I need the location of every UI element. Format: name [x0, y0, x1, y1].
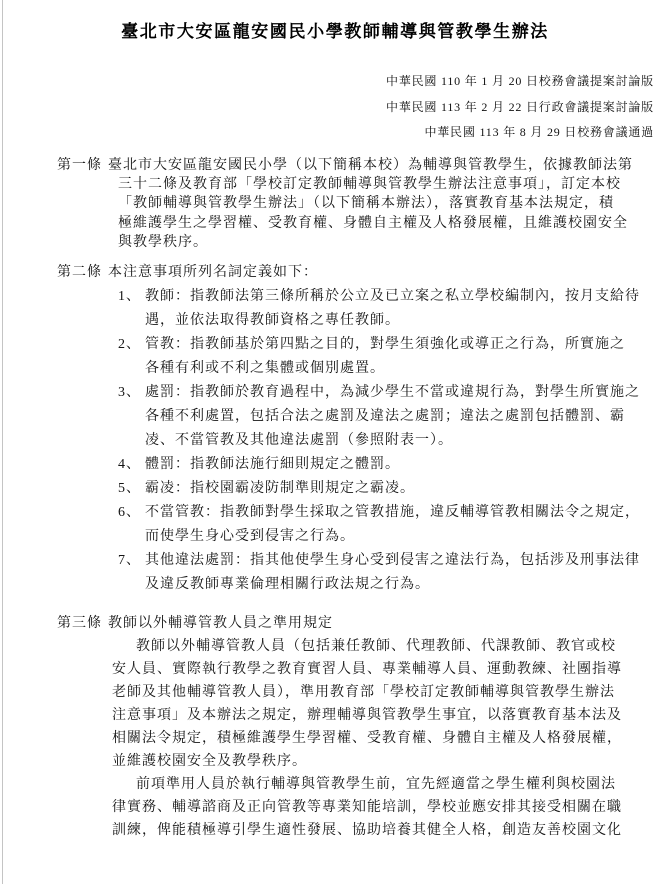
- list-item-number: 7、: [118, 549, 145, 573]
- list-item-line: 6、不當管教：指教師對學生採取之管教措施，違反輔導管教相關法令之規定，: [57, 501, 659, 525]
- article-2: 第二條本注意事項所列名詞定義如下： 1、教師：指教師法第三條所稱於公立及已立案之…: [57, 261, 659, 597]
- list-item-text: 霸凌：指校園霸凌防制準則規定之霸凌。: [145, 481, 415, 496]
- revision-line: 中華民國 113 年 2 月 22 日行政會議提案討論版: [386, 95, 654, 121]
- list-item-line: 5、霸凌：指校園霸凌防制準則規定之霸凌。: [57, 477, 659, 501]
- article-heading-line: 第二條本注意事項所列名詞定義如下：: [57, 261, 659, 285]
- list-item-line: 7、其他違法處罰：指其他使學生身心受到侵害之違法行為，包括涉及刑事法律: [57, 549, 659, 573]
- article-first-line: 第一條臺北市大安區龍安國民小學（以下簡稱本校）為輔導與管教學生，依據教師法第: [57, 156, 659, 175]
- article-label: 第三條: [57, 612, 102, 635]
- list-item-line: 1、教師：指教師法第三條所稱於公立及已立案之私立學校編制內，按月支給待: [57, 285, 659, 309]
- paragraph-text-line: 律實務、輔導諮商及正向管教等專業知能培訓，學校並應安排其接受相關在職: [57, 796, 659, 819]
- article-label: 第一條: [57, 156, 102, 175]
- list-item-number: 3、: [118, 381, 145, 405]
- paragraph-first-line: 教師以外輔導管教人員（包括兼任教師、代理教師、代課教師、教官或校: [57, 635, 659, 658]
- list-item-text-line: 而使學生身心受到侵害之行為。: [57, 525, 659, 549]
- revision-line: 中華民國 110 年 1 月 20 日校務會議提案討論版: [386, 69, 654, 95]
- article-heading-line: 第三條教師以外輔導管教人員之準用規定: [57, 612, 659, 635]
- article-text: 臺北市大安區龍安國民小學（以下簡稱本校）為輔導與管教學生，依據教師法第: [108, 158, 633, 173]
- list-item-line: 3、處罰：指教師於教育過程中，為減少學生不當或違規行為，對學生所實施之: [57, 381, 659, 405]
- list-item-number: 1、: [118, 285, 145, 309]
- paragraph-text-line: 訓練，俾能積極導引學生適性發展、協助培養其健全人格，創造友善校園文化: [57, 819, 659, 842]
- article-text-line: 「教師輔導與管教學生辦法」（以下簡稱本辦法），落實教育基本法規定，積: [57, 194, 659, 213]
- list-item-text-line: 各種不利處置，包括合法之處罰及違法之處罰；違法之處罰包括體罰、霸: [57, 405, 659, 429]
- article-heading: 本注意事項所列名詞定義如下：: [108, 265, 318, 280]
- list-item-line: 2、管教：指教師基於第四點之目的，對學生須強化或導正之行為，所實施之: [57, 333, 659, 357]
- list-item-number: 5、: [118, 477, 145, 501]
- paragraph-text-line: 並維護校園安全及教學秩序。: [57, 750, 659, 773]
- paragraph-first-line: 前項準用人員於執行輔導與管教學生前，宜先經適當之學生權利與校園法: [57, 773, 659, 796]
- list-item-text: 其他違法處罰：指其他使學生身心受到侵害之違法行為，包括涉及刑事法律: [145, 553, 640, 568]
- list-item-text: 體罰：指教師法施行細則規定之體罰。: [145, 457, 400, 472]
- list-item-text: 教師：指教師法第三條所稱於公立及已立案之私立學校編制內，按月支給待: [145, 289, 640, 304]
- article-text-line: 極維護學生之學習權、受教育權、身體自主權及人格發展權，且維護校園安全: [57, 214, 659, 233]
- article-label: 第二條: [57, 261, 102, 285]
- list-item-text-line: 遇，並依法取得教師資格之專任教師。: [57, 309, 659, 333]
- paragraph-text-line: 老師及其他輔導管教人員），準用教育部「學校訂定教師輔導與管教學生辦法: [57, 681, 659, 704]
- list-item-text-line: 各種有利或不利之集體或個別處置。: [57, 357, 659, 381]
- revision-line: 中華民國 113 年 8 月 29 日校務會議通過: [386, 120, 654, 146]
- article-1: 第一條臺北市大安區龍安國民小學（以下簡稱本校）為輔導與管教學生，依據教師法第 三…: [57, 156, 659, 252]
- article-heading: 教師以外輔導管教人員之準用規定: [108, 616, 333, 631]
- list-item-text: 不當管教：指教師對學生採取之管教措施，違反輔導管教相關法令之規定，: [145, 505, 640, 520]
- list-item-text: 處罰：指教師於教育過程中，為減少學生不當或違規行為，對學生所實施之: [145, 385, 640, 400]
- paragraph-text-line: 安人員、實際執行教學之教育實習人員、專業輔導人員、運動教練、社團指導: [57, 658, 659, 681]
- paragraph-text-line: 注意事項」及本辦法之規定，辦理輔導與管教學生事宜，以落實教育基本法及: [57, 704, 659, 727]
- document-title: 臺北市大安區龍安國民小學教師輔導與管教學生辦法: [0, 20, 670, 44]
- article-text-line: 三十二條及教育部「學校訂定教師輔導與管教學生辦法注意事項」，訂定本校: [57, 175, 659, 194]
- article-text-line: 與教學秩序。: [57, 233, 659, 252]
- list-item-line: 4、體罰：指教師法施行細則規定之體罰。: [57, 453, 659, 477]
- list-item-number: 6、: [118, 501, 145, 525]
- page-edge-line: [2, 0, 3, 884]
- list-item-number: 2、: [118, 333, 145, 357]
- list-item-text-line: 凌、不當管教及其他違法處罰（參照附表一）。: [57, 429, 659, 453]
- revision-history: 中華民國 110 年 1 月 20 日校務會議提案討論版 中華民國 113 年 …: [386, 69, 654, 146]
- list-item-text-line: 及違反教師專業倫理相關行政法規之行為。: [57, 573, 659, 597]
- list-item-number: 4、: [118, 453, 145, 477]
- article-3: 第三條教師以外輔導管教人員之準用規定 教師以外輔導管教人員（包括兼任教師、代理教…: [57, 612, 659, 842]
- list-item-text: 管教：指教師基於第四點之目的，對學生須強化或導正之行為，所實施之: [145, 337, 625, 352]
- paragraph-text-line: 相關法令規定，積極維護學生學習權、受教育權、身體自主權及人格發展權，: [57, 727, 659, 750]
